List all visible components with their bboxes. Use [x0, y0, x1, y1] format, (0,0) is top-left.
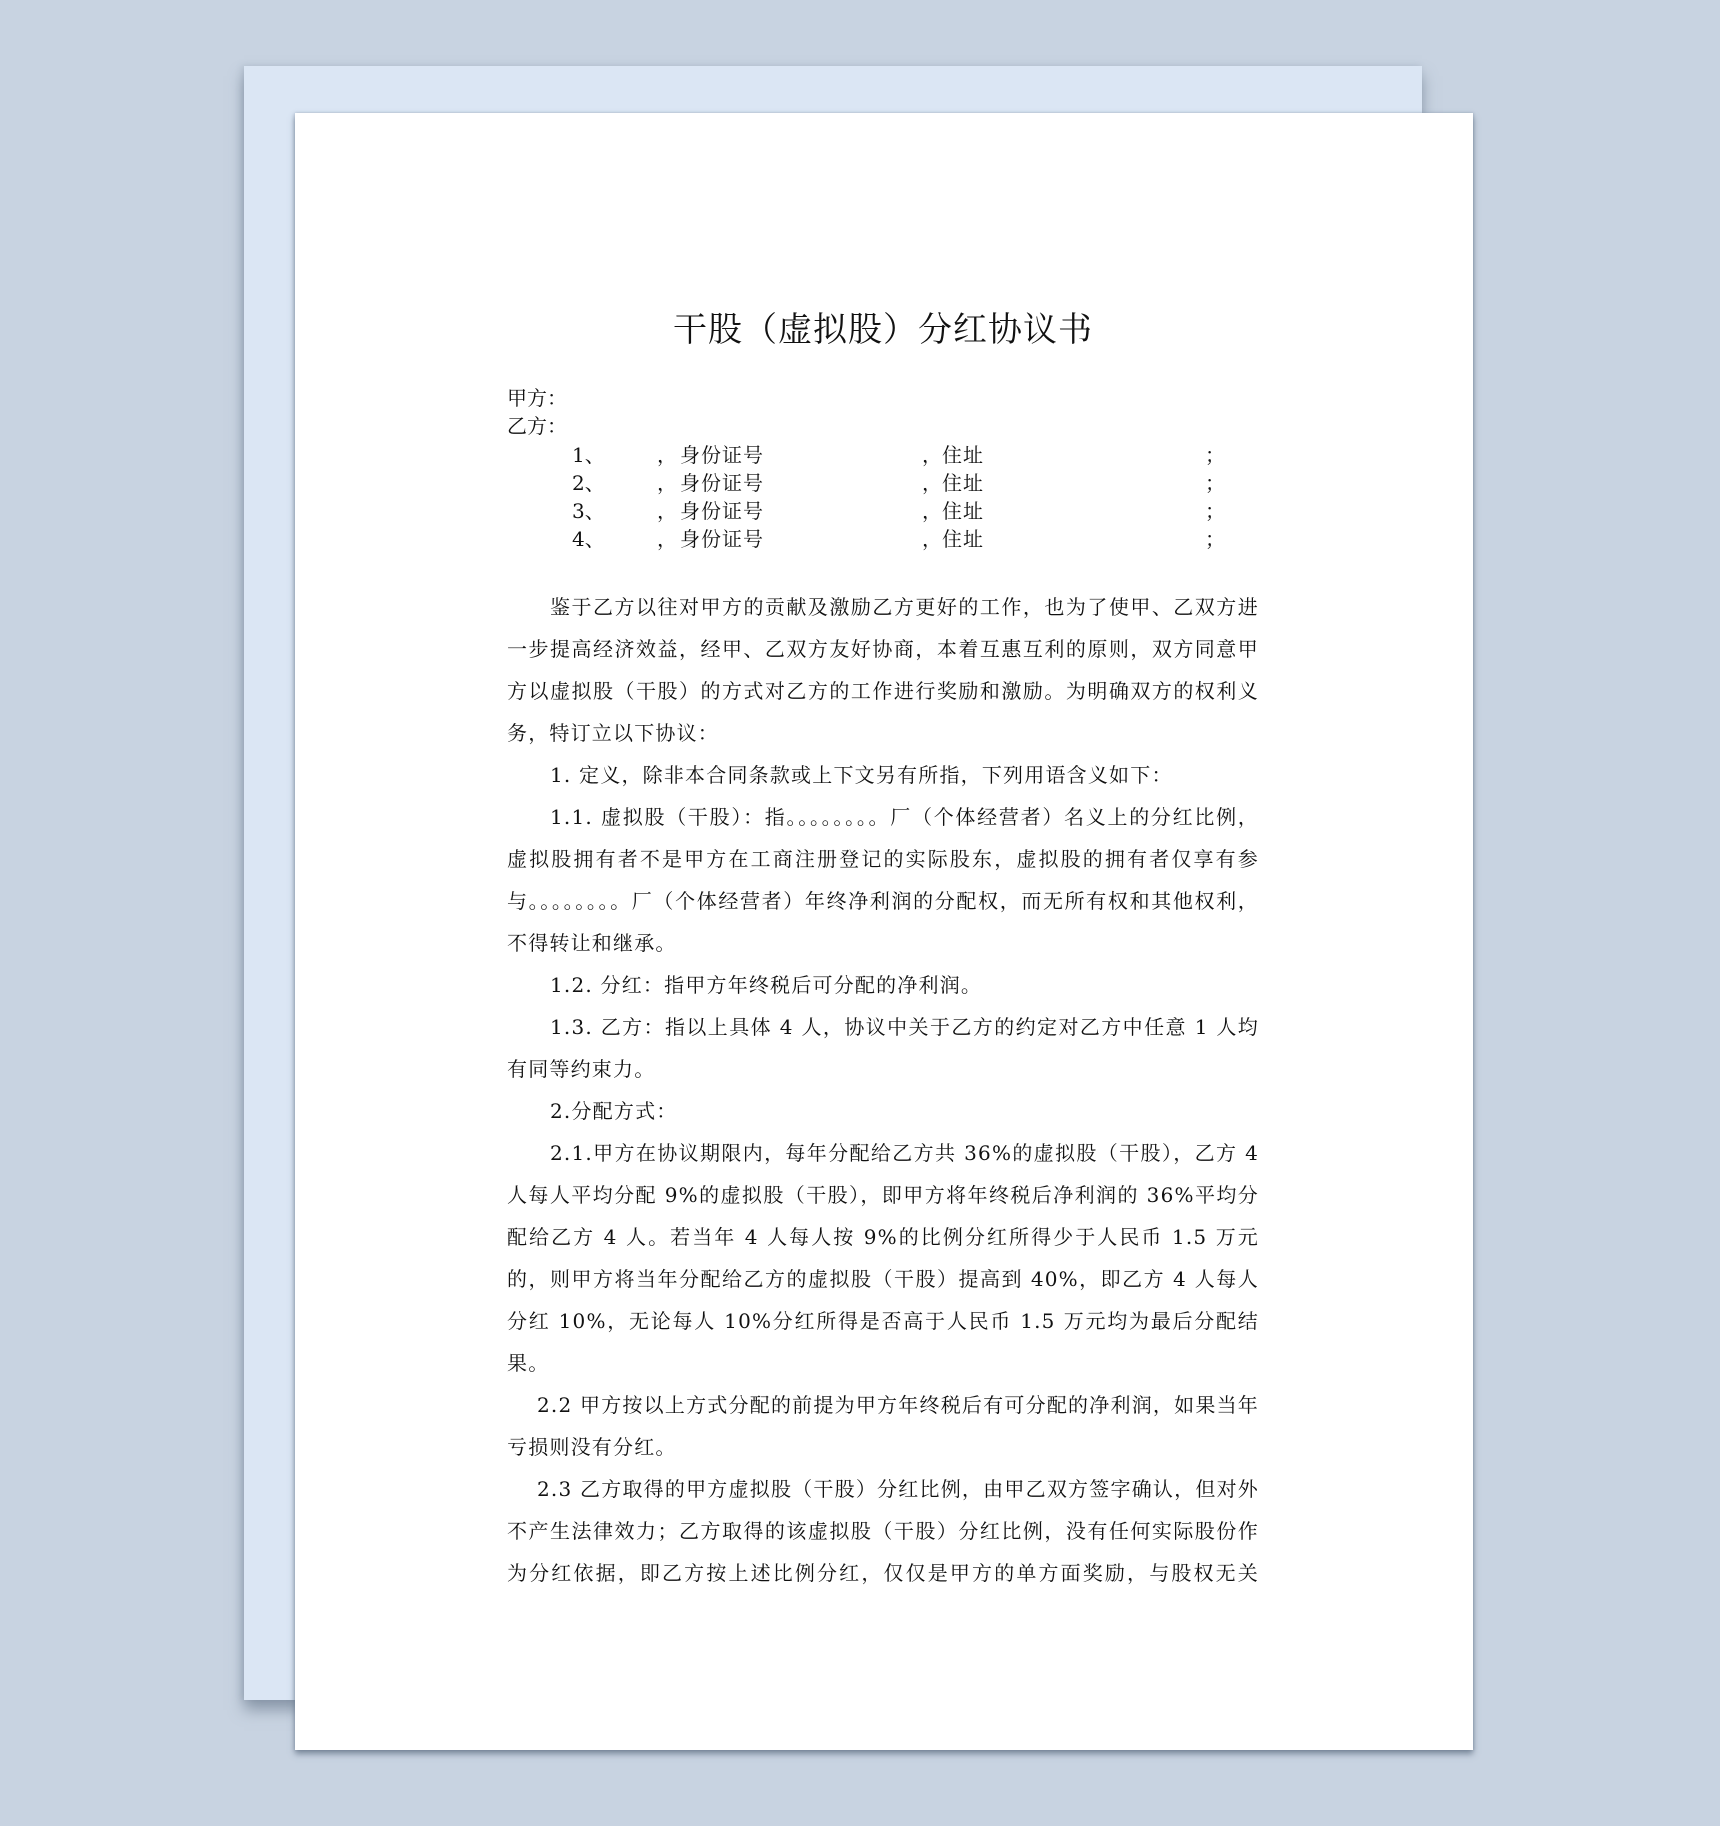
address-label: 住址	[942, 441, 984, 469]
id-number-label: 身份证号	[680, 525, 764, 553]
roster-comma: ，	[657, 441, 677, 469]
clause-2-2: 2.2 甲方按以上方式分配的前提为甲方年终税后有可分配的净利润，如果当年亏损则没…	[507, 1384, 1259, 1468]
roster-comma: ，	[922, 497, 942, 525]
roster-row: 3、 ， 身份证号 ， 住址 ；	[507, 497, 1259, 525]
address-label: 住址	[942, 497, 984, 525]
address-label: 住址	[942, 525, 984, 553]
roster-end: ；	[1205, 497, 1225, 525]
roster-number: 2、	[572, 469, 605, 497]
clause-2-1: 2.1.甲方在协议期限内，每年分配给乙方共 36%的虚拟股（干股），乙方 4 人…	[507, 1132, 1259, 1384]
document-body: 鉴于乙方以往对甲方的贡献及激励乙方更好的工作，也为了使甲、乙双方进一步提高经济效…	[507, 586, 1259, 1594]
id-number-label: 身份证号	[680, 497, 764, 525]
clause-1-definitions: 1. 定义，除非本合同条款或上下文另有所指，下列用语含义如下：	[507, 754, 1259, 796]
roster-comma: ，	[922, 469, 942, 497]
id-number-label: 身份证号	[680, 469, 764, 497]
party-a-label: 甲方：	[507, 384, 567, 412]
clause-1-1-virtual-shares: 1.1. 虚拟股（干股）：指。。。。。。。。厂（个体经营者）名义上的分红比例，虚…	[507, 796, 1259, 964]
clause-2-distribution: 2.分配方式：	[507, 1090, 1259, 1132]
roster-end: ；	[1205, 441, 1225, 469]
roster-row: 4、 ， 身份证号 ， 住址 ；	[507, 525, 1259, 553]
roster-number: 3、	[572, 497, 605, 525]
document-title: 干股（虚拟股）分红协议书	[507, 309, 1259, 351]
roster-comma: ，	[922, 441, 942, 469]
clause-1-2-dividend: 1.2. 分红：指甲方年终税后可分配的净利润。	[507, 964, 1259, 1006]
roster-number: 1、	[572, 441, 605, 469]
roster-comma: ，	[657, 497, 677, 525]
clause-1-3-party-b: 1.3. 乙方：指以上具体 4 人，协议中关于乙方的约定对乙方中任意 1 人均有…	[507, 1006, 1259, 1090]
roster-row: 1、 ， 身份证号 ， 住址 ；	[507, 441, 1259, 469]
roster-number: 4、	[572, 525, 605, 553]
roster-end: ；	[1205, 469, 1225, 497]
id-number-label: 身份证号	[680, 441, 764, 469]
party-b-label: 乙方：	[507, 412, 567, 440]
roster-row: 2、 ， 身份证号 ， 住址 ；	[507, 469, 1259, 497]
clause-2-3: 2.3 乙方取得的甲方虚拟股（干股）分红比例，由甲乙双方签字确认，但对外不产生法…	[507, 1468, 1259, 1594]
party-b-roster: 1、 ， 身份证号 ， 住址 ； 2、 ， 身份证号 ， 住址 ； 3、 ， 身…	[507, 441, 1259, 553]
roster-comma: ，	[657, 525, 677, 553]
roster-end: ；	[1205, 525, 1225, 553]
roster-comma: ，	[657, 469, 677, 497]
address-label: 住址	[942, 469, 984, 497]
preamble-paragraph: 鉴于乙方以往对甲方的贡献及激励乙方更好的工作，也为了使甲、乙双方进一步提高经济效…	[507, 586, 1259, 754]
roster-comma: ，	[922, 525, 942, 553]
